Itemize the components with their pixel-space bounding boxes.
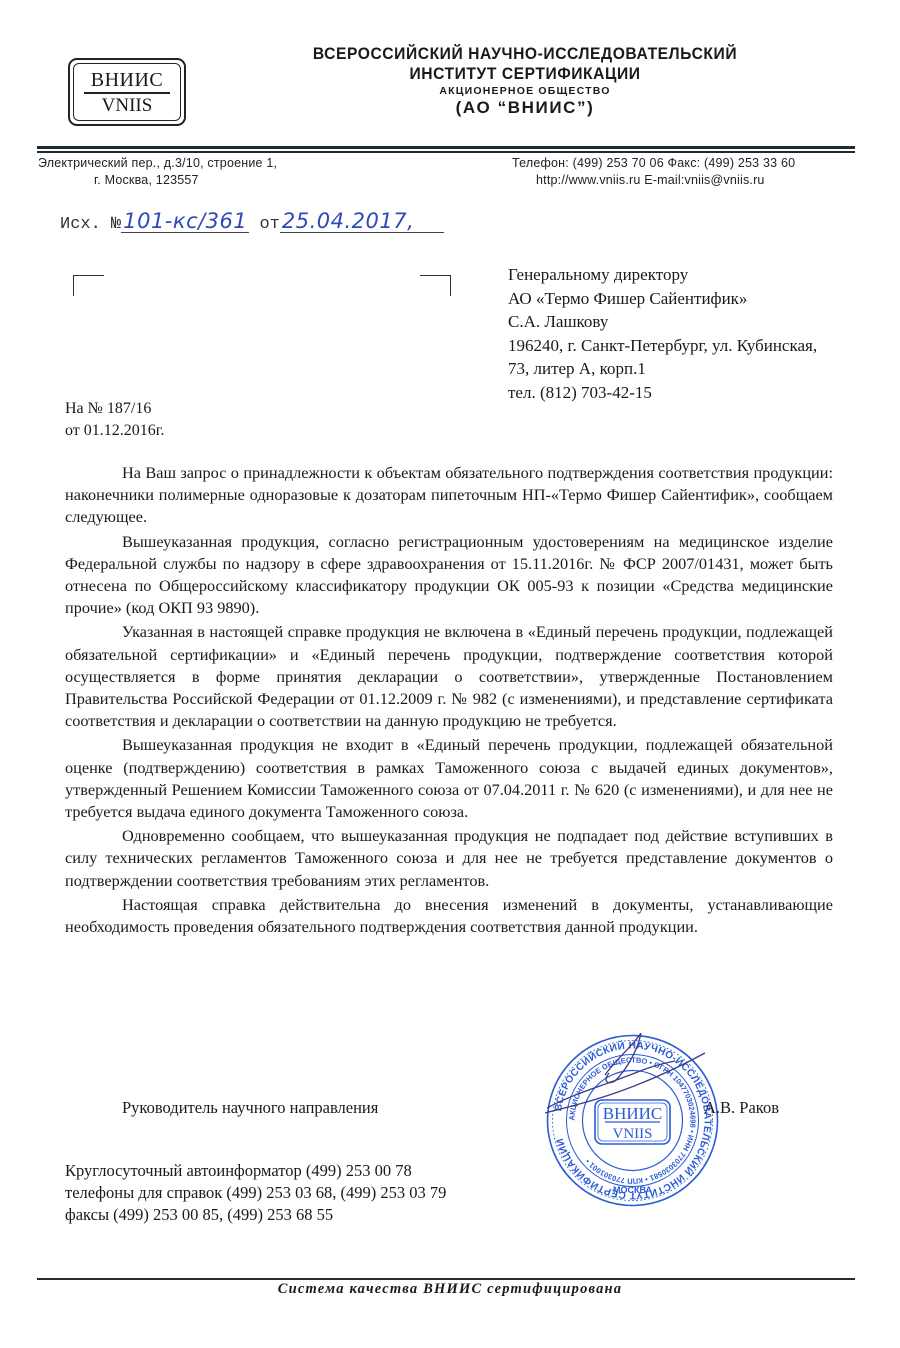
svg-text:МОСКВА: МОСКВА xyxy=(613,1185,653,1195)
contact-info: Круглосуточный автоинформатор (499) 253 … xyxy=(65,1160,446,1226)
address-line2: г. Москва, 123557 xyxy=(38,172,277,189)
header-divider-thin xyxy=(37,151,855,153)
addressee-line: тел. (812) 703-42-15 xyxy=(508,381,817,405)
address-line1: Электрический пер., д.3/10, строение 1, xyxy=(38,155,277,172)
address-corner-mark-left xyxy=(73,275,104,296)
reply-reference-number: На № 187/16 xyxy=(65,398,165,420)
footer-quality-statement: Система качества ВНИИС сертифицирована xyxy=(0,1281,900,1298)
addressee-line: Генеральному директору xyxy=(508,263,817,287)
body-paragraph: Вышеуказанная продукция не входит в «Еди… xyxy=(65,734,833,823)
address-corner-mark-right xyxy=(420,275,451,296)
body-paragraph: Настоящая справка действительна до внесе… xyxy=(65,894,833,938)
fax-line: факсы (499) 253 00 85, (499) 253 68 55 xyxy=(65,1204,446,1226)
body-paragraph: На Ваш запрос о принадлежности к объекта… xyxy=(65,462,833,529)
logo-divider xyxy=(84,92,170,94)
outgoing-from-label: от xyxy=(259,215,279,234)
logo-text-en: VNIIS xyxy=(74,95,180,116)
phone-fax-line: Телефон: (499) 253 70 06 Факс: (499) 253… xyxy=(512,155,857,172)
org-short-name: (АО “ВНИИС”) xyxy=(250,98,800,118)
auto-informer-line: Круглосуточный автоинформатор (499) 253 … xyxy=(65,1160,446,1182)
org-address: Электрический пер., д.3/10, строение 1, … xyxy=(38,155,277,189)
svg-text:VNIIS: VNIIS xyxy=(613,1126,653,1142)
body-paragraph: Одновременно сообщаем, что вышеуказанная… xyxy=(65,825,833,892)
outgoing-date: 25.04.2017, xyxy=(280,210,444,233)
addressee-block: Генеральному директору АО «Термо Фишер С… xyxy=(508,263,817,404)
outgoing-reference: Исх. №101-кс/361 от25.04.2017, xyxy=(60,210,444,234)
logo-text-ru: ВНИИС xyxy=(74,69,180,91)
signatory-name: А.В. Раков xyxy=(704,1098,779,1118)
outgoing-prefix: Исх. № xyxy=(60,215,121,234)
org-name-line1: ВСЕРОССИЙСКИЙ НАУЧНО-ИССЛЕДОВАТЕЛЬСКИЙ xyxy=(272,44,778,64)
outgoing-number: 101-кс/361 xyxy=(121,210,249,233)
signatory-title: Руководитель научного направления xyxy=(122,1098,378,1118)
org-name-line2: ИНСТИТУТ СЕРТИФИКАЦИИ xyxy=(272,64,778,84)
body-paragraph: Указанная в настоящей справке продукция … xyxy=(65,621,833,732)
reply-reference-date: от 01.12.2016г. xyxy=(65,420,165,442)
svg-text:ВНИИС: ВНИИС xyxy=(603,1104,663,1123)
addressee-line: АО «Термо Фишер Сайентифик» xyxy=(508,287,817,311)
addressee-line: 196240, г. Санкт-Петербург, ул. Кубинска… xyxy=(508,334,817,358)
logo-inner-frame: ВНИИС VNIIS xyxy=(73,63,181,121)
vniis-logo: ВНИИС VNIIS xyxy=(68,58,186,126)
stamp-seal-icon: ВСЕРОССИЙСКИЙ НАУЧНО-ИССЛЕДОВАТЕЛЬСКИЙ И… xyxy=(545,1033,720,1208)
addressee-line: 73, литер А, корп.1 xyxy=(508,357,817,381)
footer-divider xyxy=(37,1278,855,1280)
reply-reference: На № 187/16 от 01.12.2016г. xyxy=(65,398,165,442)
body-paragraph: Вышеуказанная продукция, согласно регист… xyxy=(65,531,833,620)
organization-name: ВСЕРОССИЙСКИЙ НАУЧНО-ИССЛЕДОВАТЕЛЬСКИЙ И… xyxy=(250,44,800,118)
org-contacts: Телефон: (499) 253 70 06 Факс: (499) 253… xyxy=(512,155,857,189)
letter-body: На Ваш запрос о принадлежности к объекта… xyxy=(65,462,833,938)
inquiry-phones-line: телефоны для справок (499) 253 03 68, (4… xyxy=(65,1182,446,1204)
web-email-line: http://www.vniis.ru E-mail:vniis@vniis.r… xyxy=(512,172,857,189)
official-stamp: ВСЕРОССИЙСКИЙ НАУЧНО-ИССЛЕДОВАТЕЛЬСКИЙ И… xyxy=(545,1033,720,1208)
org-legal-form: АКЦИОНЕРНОЕ ОБЩЕСТВО xyxy=(250,84,800,98)
header-divider-thick xyxy=(37,146,855,149)
addressee-line: С.А. Лашкову xyxy=(508,310,817,334)
